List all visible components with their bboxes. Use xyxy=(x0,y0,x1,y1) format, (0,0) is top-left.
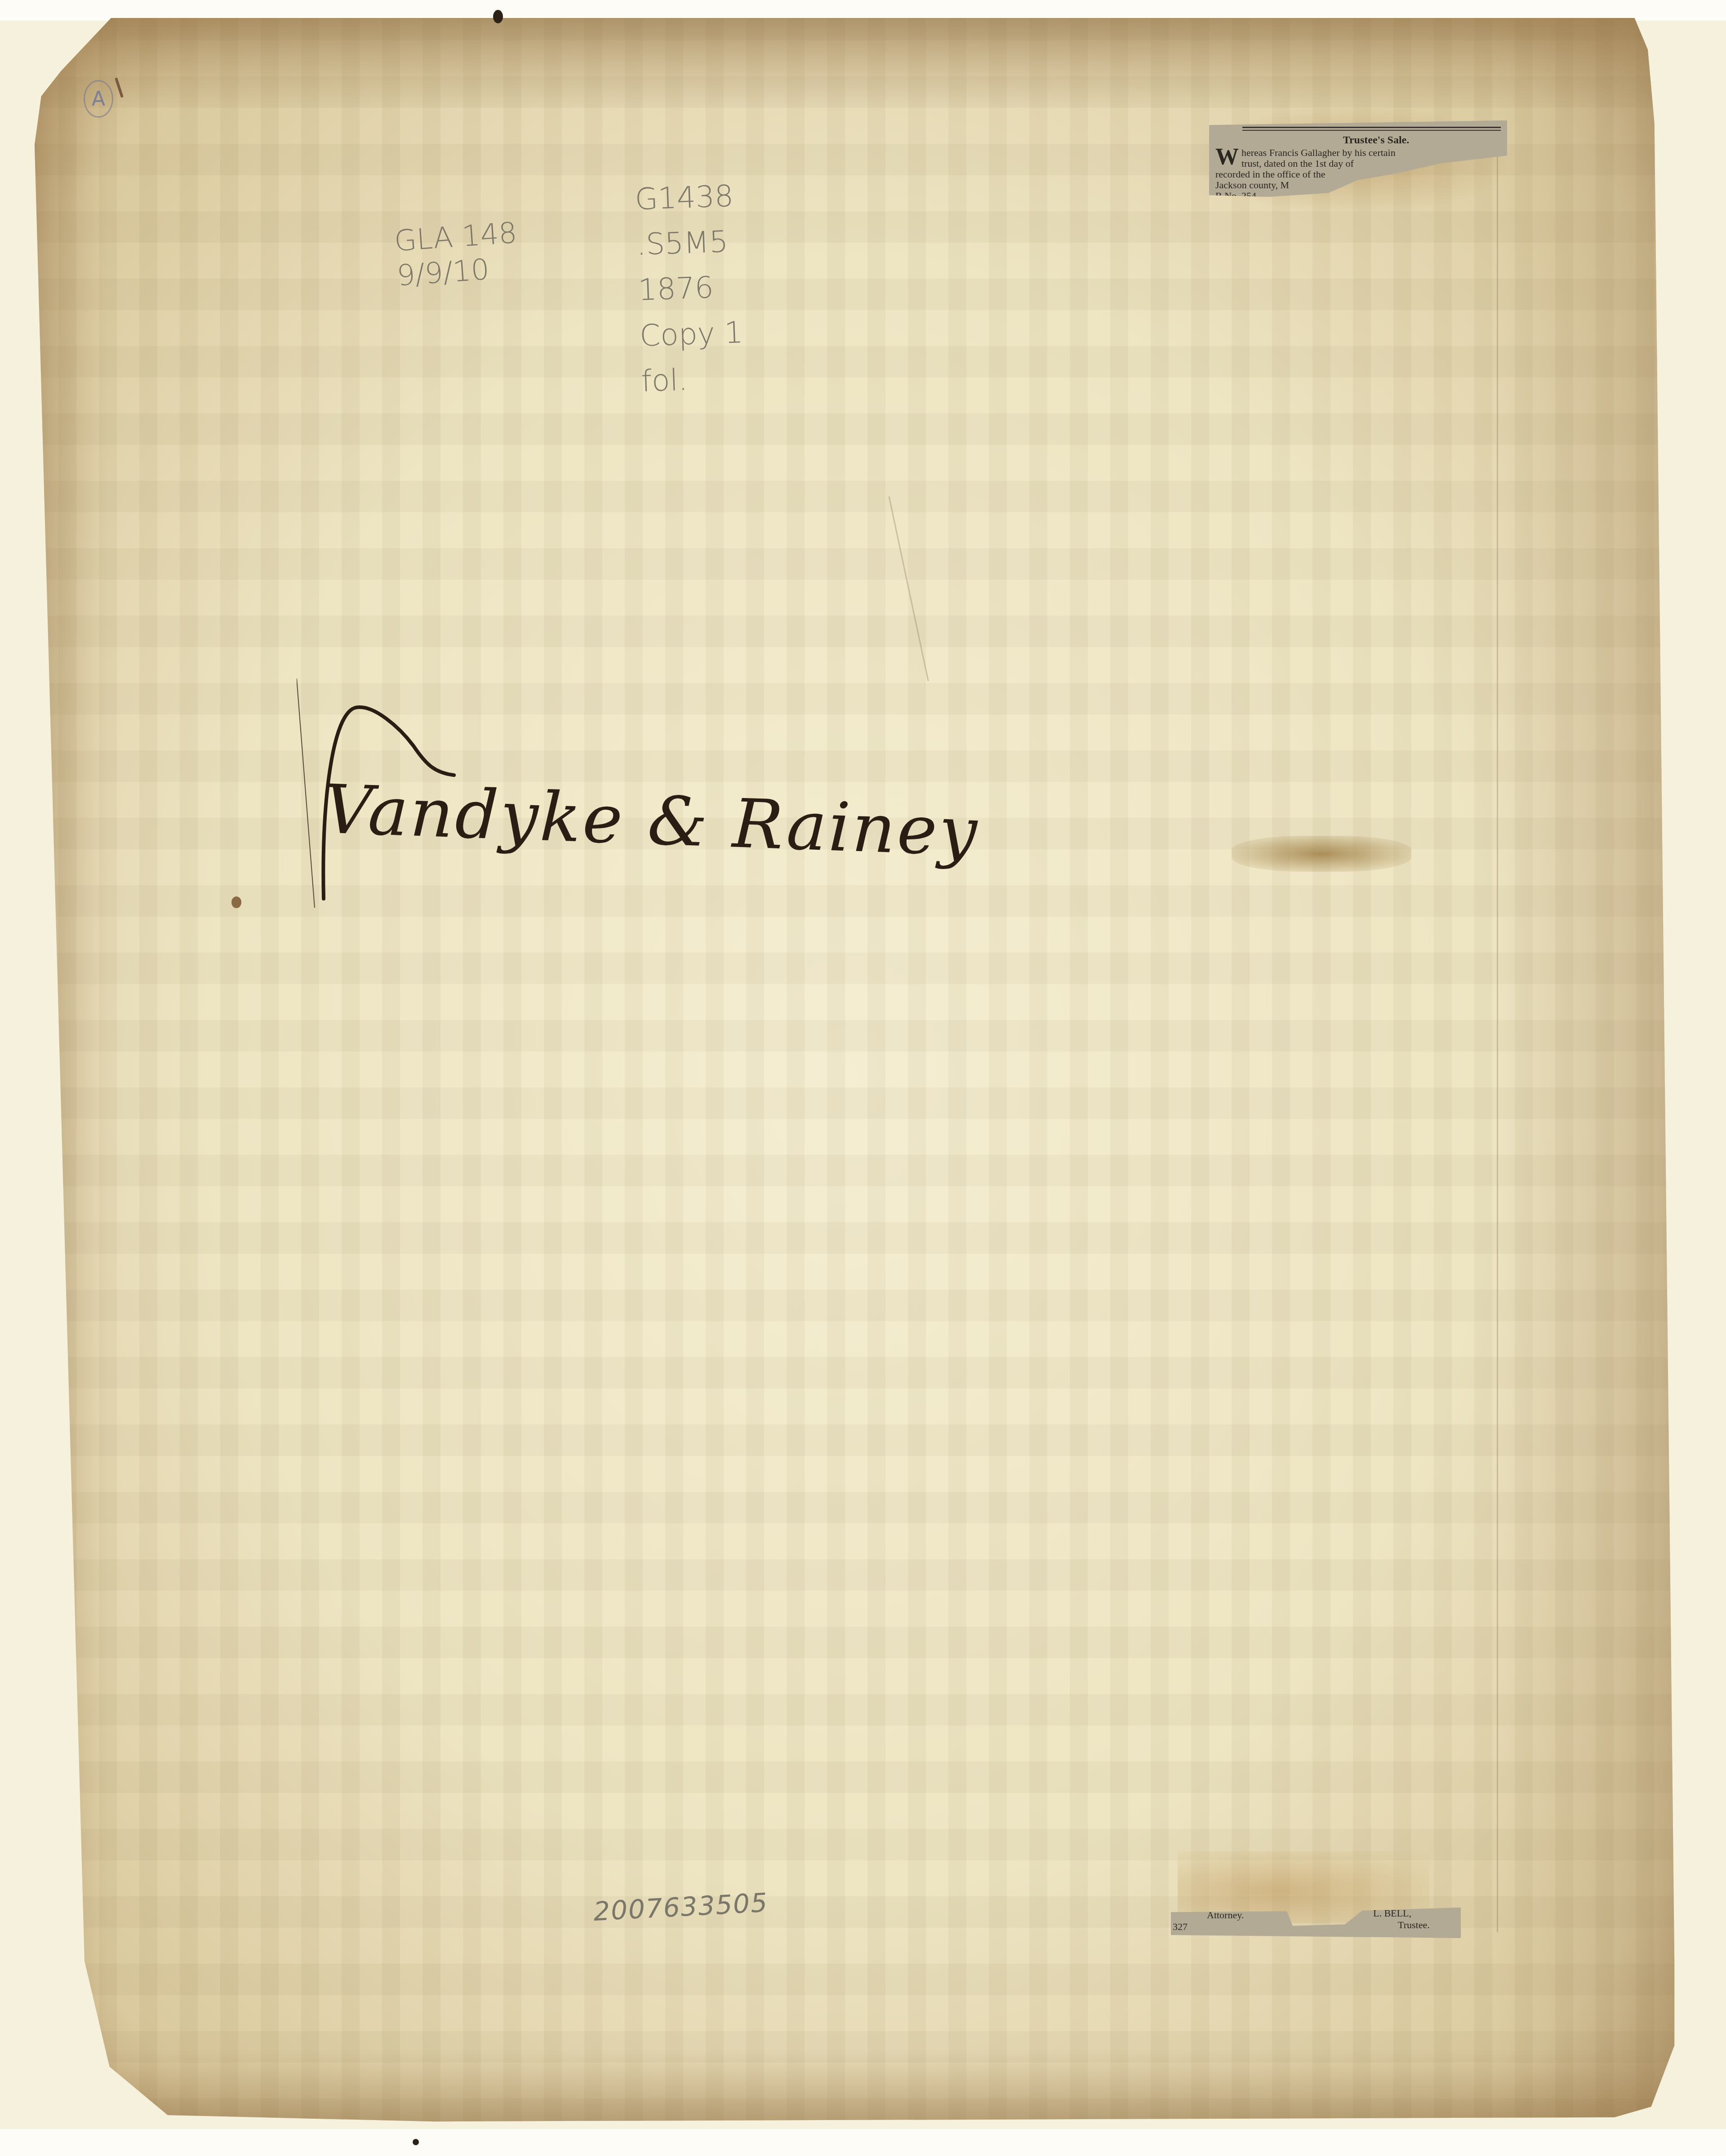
paper-crease-right xyxy=(1497,135,1498,1932)
clipping-title: Trustee's Sale. xyxy=(1215,134,1501,146)
corner-mark: A xyxy=(84,80,113,118)
edge-discoloration-top xyxy=(18,18,1681,108)
clipping-line: hereas Francis Gallagher by his certain xyxy=(1241,147,1396,158)
scanner-bottom-margin xyxy=(0,2129,1726,2156)
stain-spot xyxy=(231,896,241,908)
accession-note: GLA 148 9/9/10 xyxy=(393,216,520,293)
paper-mottling xyxy=(18,18,1681,2130)
ink-spot xyxy=(413,2139,419,2145)
clipping-dropcap: W xyxy=(1215,147,1239,167)
clipping-role: Trustee. xyxy=(1398,1919,1430,1931)
glue-stain-middle xyxy=(1232,836,1411,872)
clipping-rule xyxy=(1242,127,1501,131)
edge-discoloration-right xyxy=(1492,18,1681,2130)
scanner-top-margin xyxy=(0,0,1726,21)
clipping-number: 327 xyxy=(1173,1921,1188,1933)
paper-sheet xyxy=(18,18,1681,2130)
ink-spot xyxy=(493,10,503,23)
call-number: G1438 .S5M5 1876 Copy 1 fol. xyxy=(634,178,746,409)
